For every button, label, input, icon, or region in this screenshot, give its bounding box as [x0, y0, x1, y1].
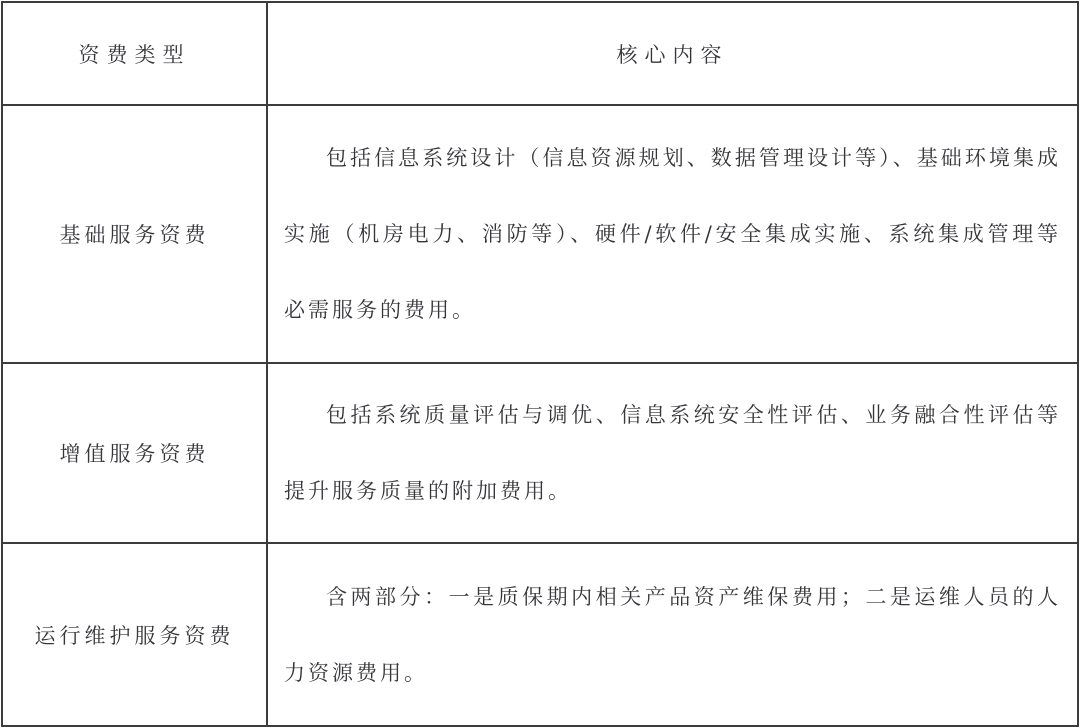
fee-table: 资费类型 核心内容 基础服务资费 包括信息系统设计（信息资源规划、数据管理设计等…	[1, 1, 1079, 727]
content-cell-basic-service: 包括信息系统设计（信息资源规划、数据管理设计等）、基础环境集成实施（机房电力、消…	[267, 105, 1078, 363]
table-row: 运行维护服务资费 含两部分：一是质保期内相关产品资产维保费用；二是运维人员的人力…	[2, 543, 1078, 726]
column-header-fee-type: 资费类型	[2, 2, 267, 105]
content-text-value-added-service: 包括系统质量评估与调优、信息系统安全性评估、业务融合性评估等提升服务质量的附加费…	[284, 377, 1061, 529]
table-row: 增值服务资费 包括系统质量评估与调优、信息系统安全性评估、业务融合性评估等提升服…	[2, 363, 1078, 543]
content-cell-operation-maintenance: 含两部分：一是质保期内相关产品资产维保费用；二是运维人员的人力资源费用。	[267, 543, 1078, 726]
content-text-basic-service: 包括信息系统设计（信息资源规划、数据管理设计等）、基础环境集成实施（机房电力、消…	[284, 120, 1061, 348]
fee-type-basic-service: 基础服务资费	[2, 105, 267, 363]
content-cell-value-added-service: 包括系统质量评估与调优、信息系统安全性评估、业务融合性评估等提升服务质量的附加费…	[267, 363, 1078, 543]
table-row: 基础服务资费 包括信息系统设计（信息资源规划、数据管理设计等）、基础环境集成实施…	[2, 105, 1078, 363]
table-header-row: 资费类型 核心内容	[2, 2, 1078, 105]
fee-type-value-added-service: 增值服务资费	[2, 363, 267, 543]
fee-type-operation-maintenance: 运行维护服务资费	[2, 543, 267, 726]
column-header-core-content: 核心内容	[267, 2, 1078, 105]
content-text-operation-maintenance: 含两部分：一是质保期内相关产品资产维保费用；二是运维人员的人力资源费用。	[284, 559, 1061, 711]
